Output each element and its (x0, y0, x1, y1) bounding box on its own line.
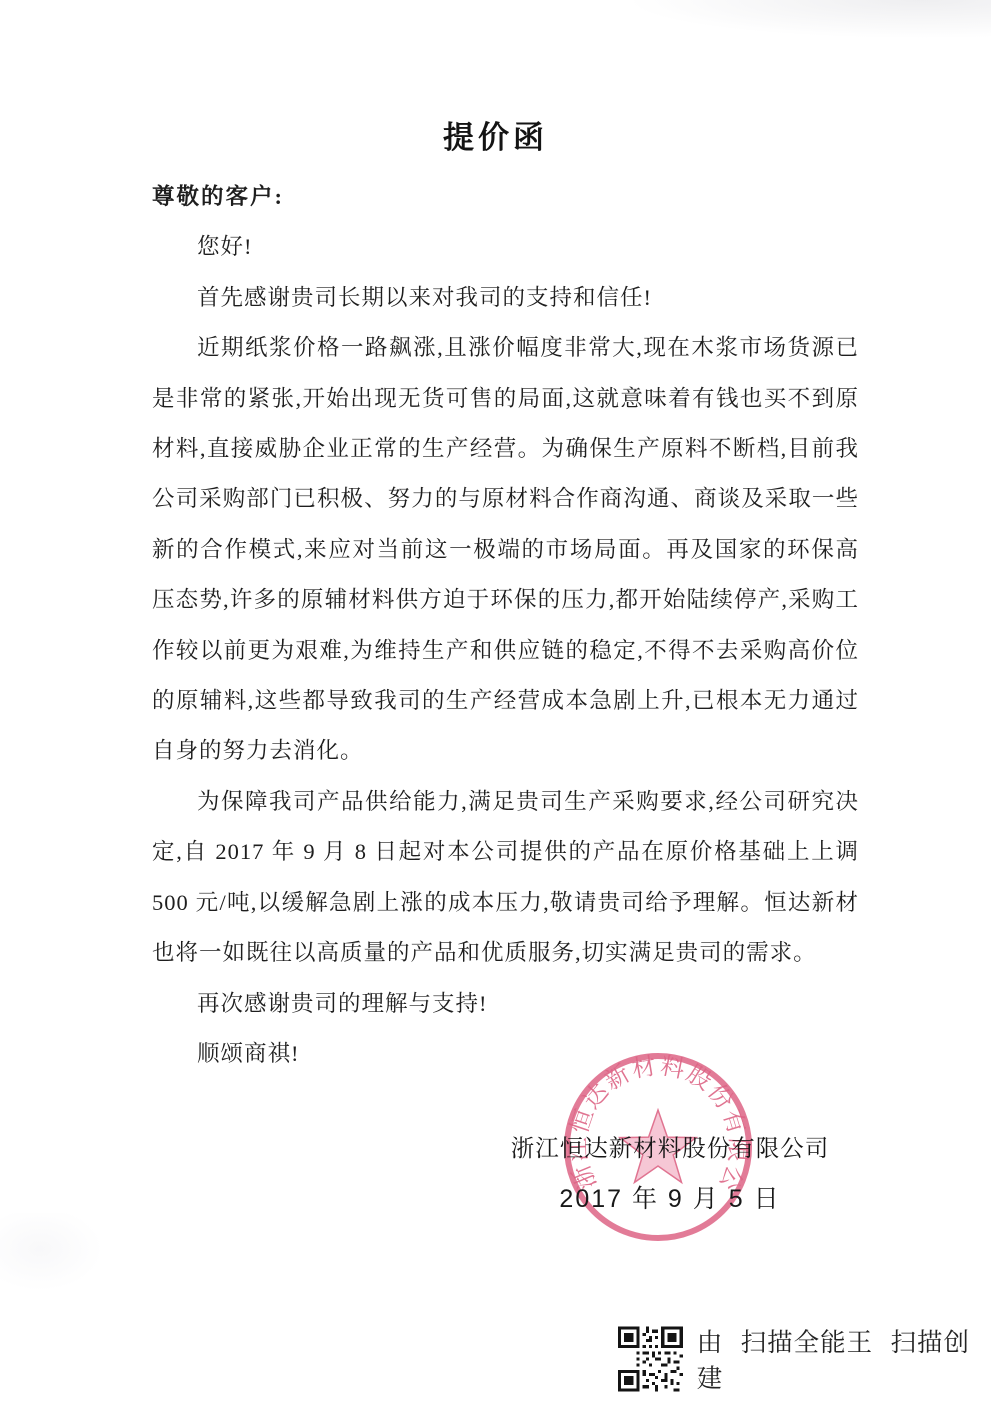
signature-company: 浙江恒达新材料股份有限公司 (500, 1124, 840, 1174)
scanned-letter-page: 提价函 尊敬的客户: 您好! 首先感谢贵司长期以来对我司的支持和信任! 近期纸浆… (0, 0, 991, 1403)
page-title: 提价函 (0, 112, 991, 157)
scan-artifact-top (0, 0, 991, 90)
scan-artifact-corner (0, 1213, 160, 1333)
intro-line: 首先感谢贵司长期以来对我司的支持和信任! (152, 273, 859, 323)
qr-code-icon (618, 1326, 683, 1392)
closing-thanks-line: 再次感谢贵司的理解与支持! (152, 979, 859, 1029)
body-paragraph-2: 为保障我司产品供给能力,满足贵司生产采购要求,经公司研究决定,自 2017 年 … (152, 777, 859, 979)
scanner-footer: 由 扫描全能王 扫描创建 (618, 1324, 991, 1394)
signature-block: 浙江恒达新材料股份有限公司 2017 年 9 月 5 日 (500, 1124, 840, 1224)
signature-date: 2017 年 9 月 5 日 (500, 1174, 840, 1224)
scanner-caption: 由 扫描全能王 扫描创建 (697, 1323, 991, 1395)
salutation: 尊敬的客户: (152, 172, 859, 222)
body-paragraph-1: 近期纸浆价格一路飙涨,且涨价幅度非常大,现在木浆市场货源已是非常的紧张,开始出现… (152, 323, 859, 777)
letter-body: 尊敬的客户: 您好! 首先感谢贵司长期以来对我司的支持和信任! 近期纸浆价格一路… (152, 172, 859, 1079)
greeting-line: 您好! (152, 222, 859, 272)
